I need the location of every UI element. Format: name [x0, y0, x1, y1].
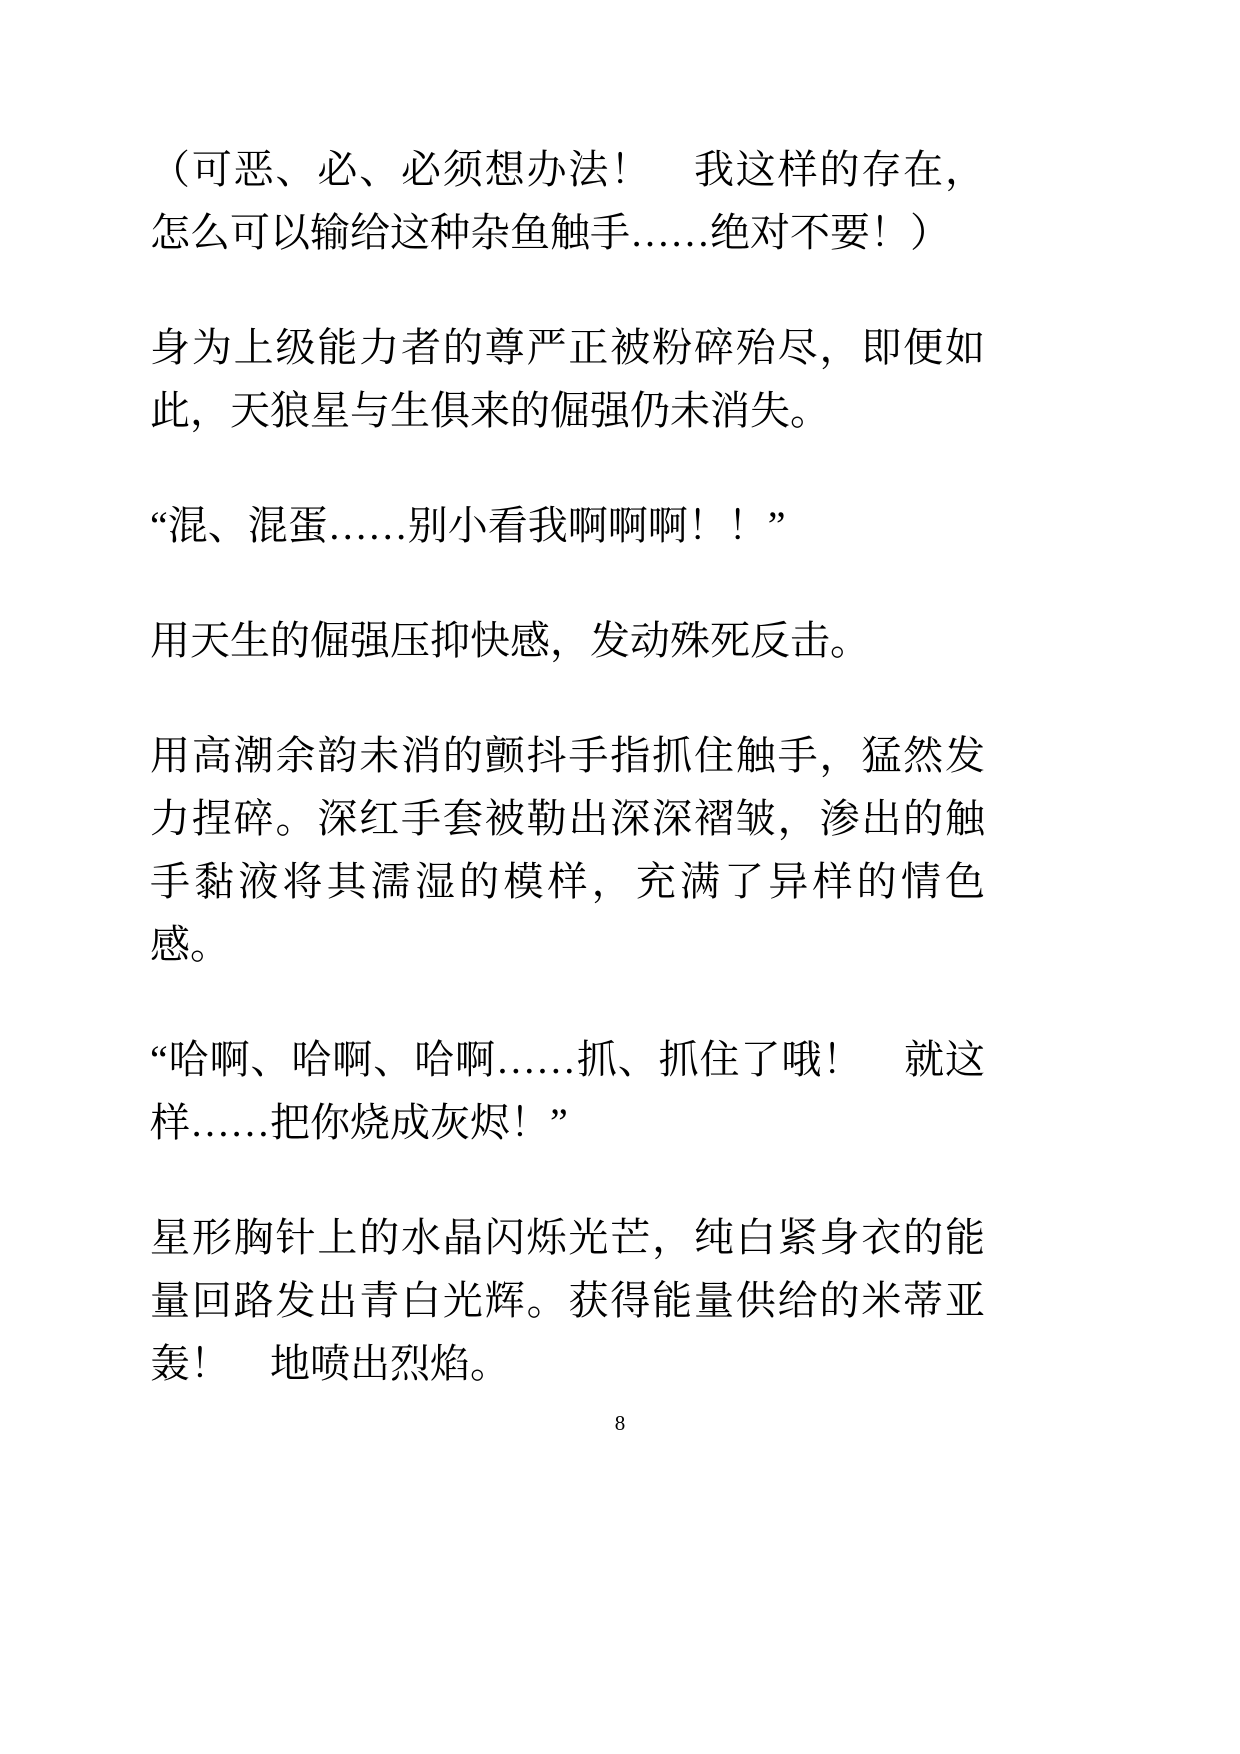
paragraph: 身为上级能力者的尊严正被粉碎殆尽，即便如此，天狼星与生俱来的倔强仍未消失。 — [150, 316, 985, 442]
text-content: （可恶、必、必须想办法！ 我这样的存在，怎么可以输给这种杂鱼触手……绝对不要！）… — [150, 138, 985, 1447]
paragraph: “混、混蛋……别小看我啊啊啊！！” — [150, 494, 985, 557]
paragraph: （可恶、必、必须想办法！ 我这样的存在，怎么可以输给这种杂鱼触手……绝对不要！） — [150, 138, 985, 264]
page-number: 8 — [0, 1408, 1240, 1438]
paragraph: “哈啊、哈啊、哈啊……抓、抓住了哦！ 就这样……把你烧成灰烬！” — [150, 1028, 985, 1154]
document-page: （可恶、必、必须想办法！ 我这样的存在，怎么可以输给这种杂鱼触手……绝对不要！）… — [0, 0, 1240, 1754]
paragraph: 用高潮余韵未消的颤抖手指抓住触手，猛然发力捏碎。深红手套被勒出深深褶皱，渗出的触… — [150, 724, 985, 976]
paragraph: 星形胸针上的水晶闪烁光芒，纯白紧身衣的能量回路发出青白光辉。获得能量供给的米蒂亚… — [150, 1206, 985, 1395]
paragraph: 用天生的倔强压抑快感，发动殊死反击。 — [150, 609, 985, 672]
